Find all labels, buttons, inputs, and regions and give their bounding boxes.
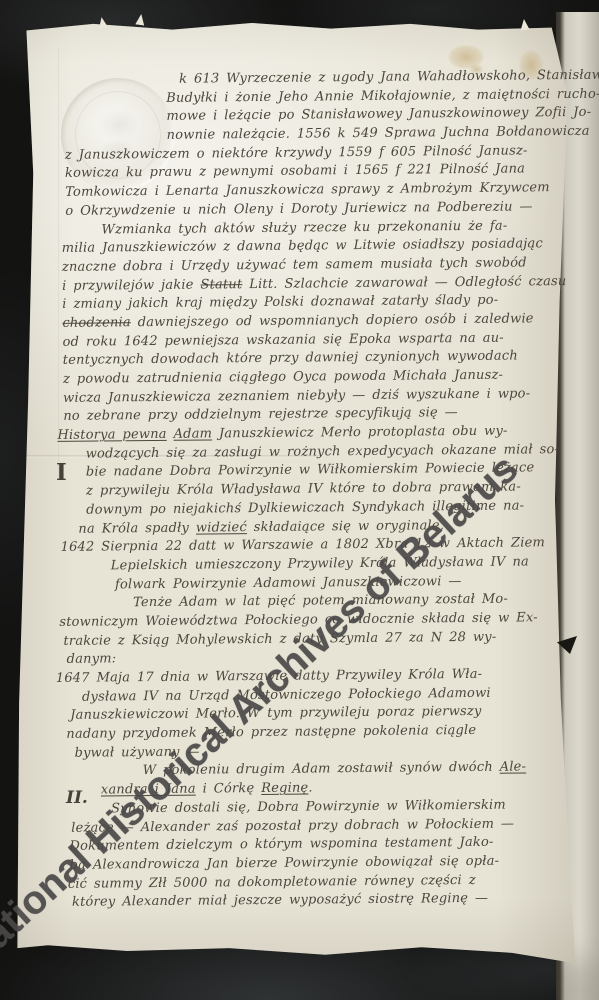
paper-fiber <box>135 13 145 25</box>
archive-photo: I II. k 613 Wyrzeczenie z ugody Jana Wah… <box>0 0 599 1000</box>
